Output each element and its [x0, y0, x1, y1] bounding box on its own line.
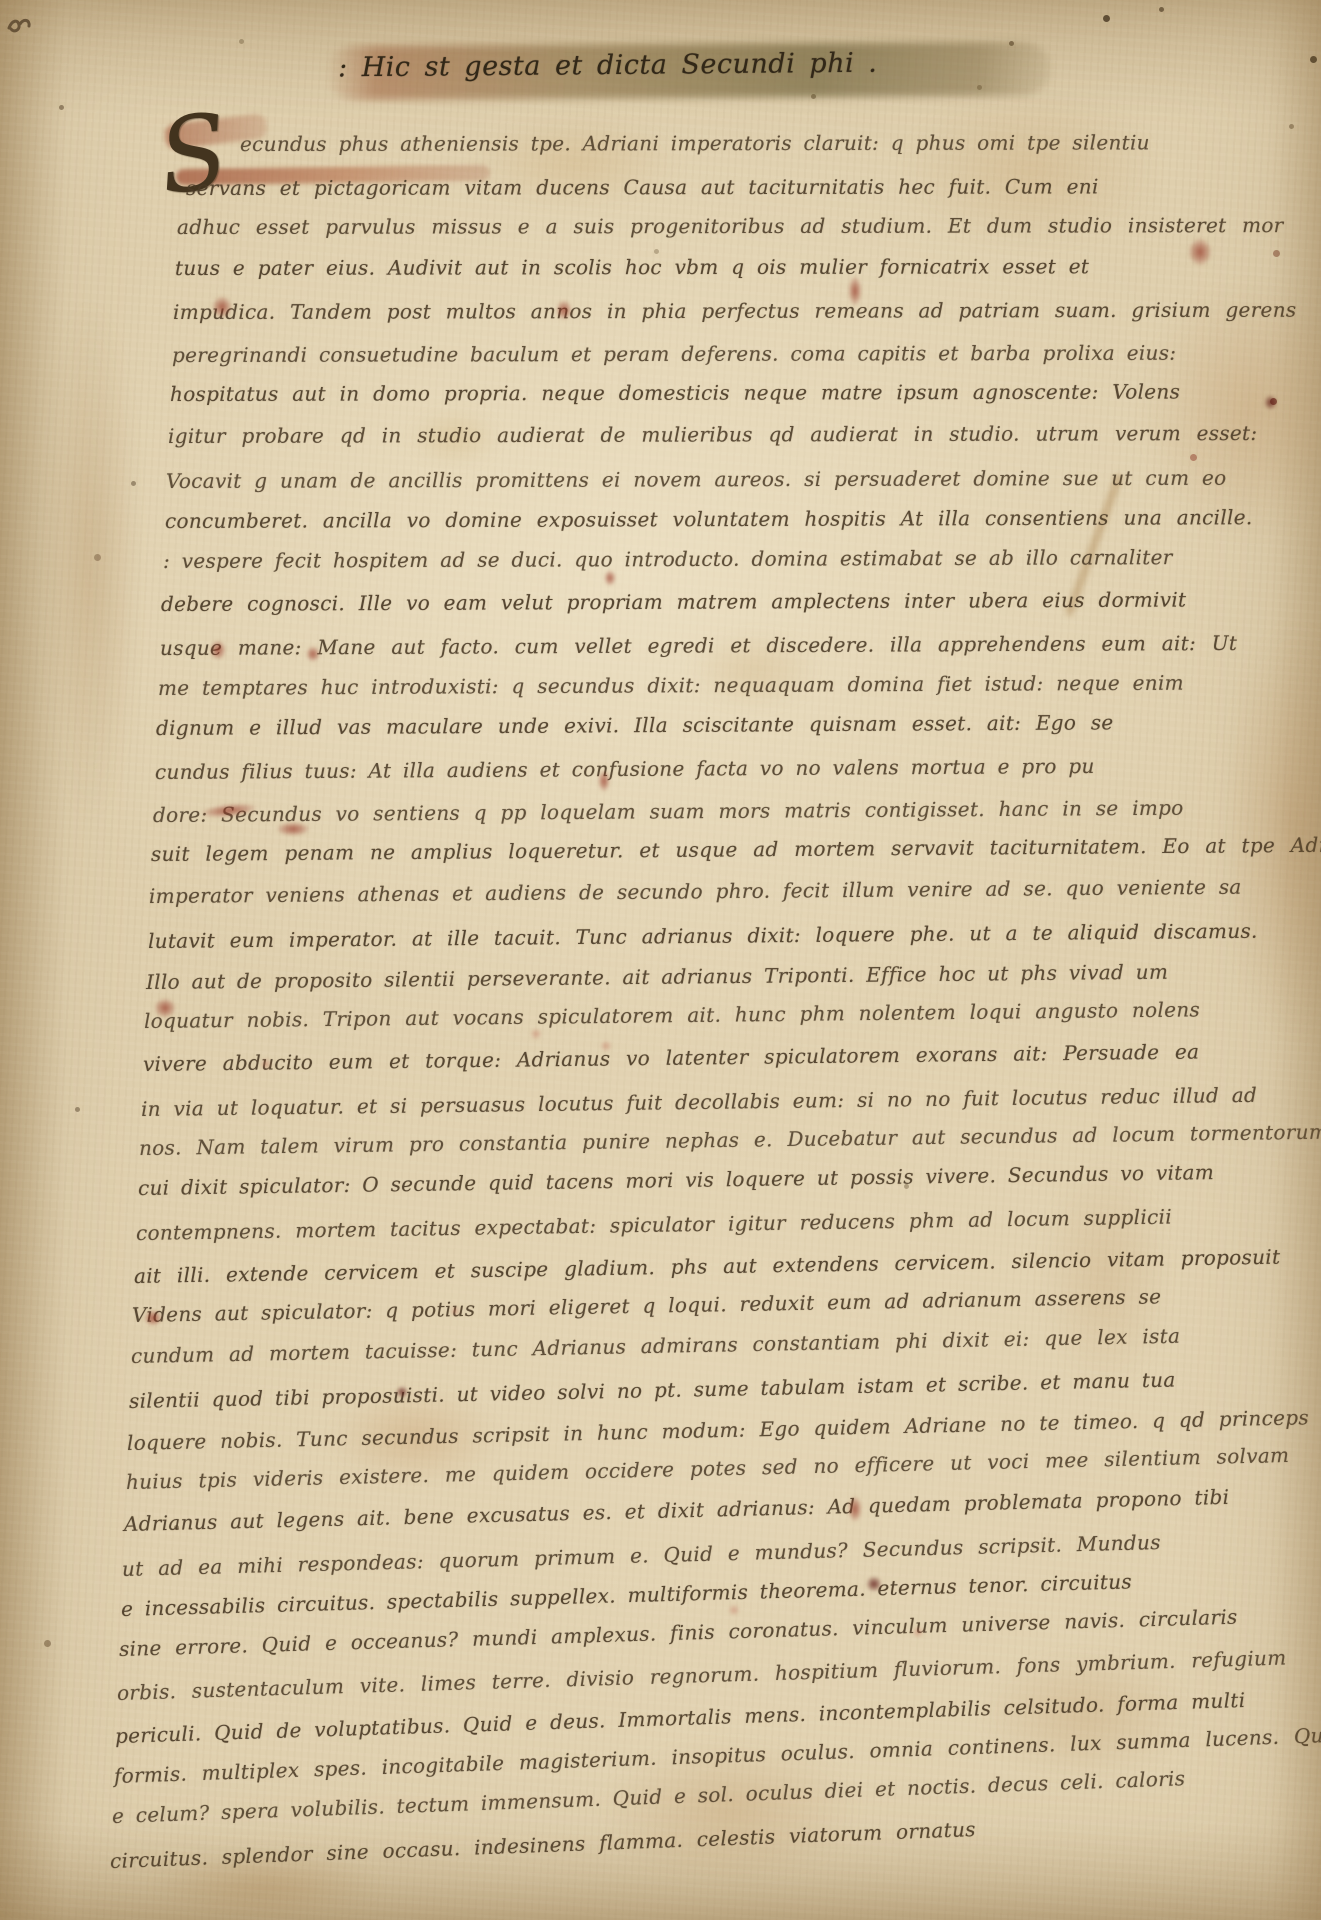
rubrication-mark [306, 646, 320, 662]
stain [1220, 620, 1321, 1040]
rubrication-mark [848, 276, 862, 306]
stain [1040, 1160, 1170, 1390]
manuscript-line: contempnens. mortem tacitus expectabat: … [136, 1204, 1172, 1244]
rubrication-mark [604, 570, 616, 586]
page-title: : Hic st gesta et dicta Secundi phi . [338, 48, 878, 85]
manuscript-line: hospitatus aut in domo propria. neque do… [170, 379, 1180, 405]
rubrication-mark [212, 296, 232, 318]
rubrication-mark [598, 770, 610, 792]
manuscript-line: Illo aut de proposito silentii persevera… [146, 960, 1168, 994]
rubrication-mark [848, 1496, 862, 1522]
manuscript-line: debere cognosci. Ille vo eam velut propr… [161, 588, 1186, 616]
rubrication-mark [1188, 238, 1212, 266]
rubrication-mark [530, 1028, 542, 1040]
manuscript-line: igitur probare qd in studio audierat de … [168, 421, 1257, 448]
manuscript-line: circuitus. splendor sine occasu. indesin… [110, 1817, 977, 1873]
manuscript-line: imperator veniens athenas et audiens de … [149, 874, 1242, 907]
manuscript-line: nos. Nam talem virum pro constantia puni… [139, 1120, 1321, 1160]
manuscript-line: adhuc esset parvulus missus e a suis pro… [177, 213, 1284, 239]
manuscript-line: lutavit eum imperator. at ille tacuit. T… [148, 918, 1258, 952]
ink-specks [0, 0, 3, 3]
rubrication-mark [912, 1626, 924, 1638]
manuscript-line: impudica. Tandem post multos annos in ph… [173, 298, 1296, 324]
manuscript-line: dore: Secundus vo sentiens q pp loquelam… [153, 796, 1184, 827]
rubrication-mark [1264, 395, 1277, 410]
rubrication-mark [154, 998, 176, 1018]
manuscript-line: in via ut loquatur. et si persuasus locu… [141, 1082, 1257, 1120]
manuscript-line: dignum e illud vas maculare unde exivi. … [156, 710, 1114, 740]
corner-squiggle-mark [6, 14, 36, 38]
manuscript-line: cundus filius tuus: At illa audiens et c… [154, 754, 1094, 784]
manuscript-line: cui dixit spiculator: O secunde quid tac… [137, 1160, 1213, 1200]
rubrication-mark [556, 300, 572, 320]
manuscript-line: Videns aut spiculator: q potius mori eli… [132, 1284, 1162, 1327]
rubrication-mark [396, 1386, 408, 1398]
rubrication-mark [600, 1040, 612, 1052]
manuscript-line: usque mane: Mane aut facto. cum vellet e… [160, 631, 1237, 660]
manuscript-line: Adrianus aut legens ait. bene excusatus … [124, 1485, 1230, 1536]
manuscript-line: loquatur nobis. Tripon aut vocans spicul… [144, 997, 1200, 1033]
manuscript-line: cundum ad mortem tacuisse: tunc Adrianus… [130, 1324, 1180, 1368]
manuscript-line: vivere abducito eum et torque: Adrianus … [142, 1040, 1199, 1077]
manuscript-line: concumberet. ancilla vo domine exposuiss… [165, 506, 1253, 534]
manuscript-line: ait illi. extende cervicem et suscipe gl… [134, 1244, 1281, 1287]
rubrication-mark [728, 1604, 740, 1616]
stain [40, 300, 140, 820]
manuscript-line: suit legem penam ne amplius loqueretur. … [151, 833, 1321, 867]
rubrication-mark [210, 640, 226, 660]
rubrication-smear [276, 822, 310, 836]
rubrication-mark [260, 1058, 272, 1070]
rubrication-mark [866, 1576, 882, 1592]
manuscript-line: Vocavit g unam de ancillis promittens ei… [166, 465, 1227, 492]
manuscript-line: ecundus phus atheniensis tpe. Adriani im… [240, 130, 1150, 156]
manuscript-line: tuus e pater eius. Audivit aut in scolis… [175, 254, 1089, 280]
manuscript-line: : vespere fecit hospitem ad se duci. quo… [163, 545, 1173, 573]
rubrication-mark [144, 1310, 162, 1326]
manuscript-page: : Hic st gesta et dicta Secundi phi . S … [0, 0, 1321, 1920]
rubrication-mark [450, 1306, 460, 1316]
manuscript-line: peregrinandi consuetudine baculum et per… [171, 341, 1175, 367]
manuscript-line: servans et pictagoricam vitam ducens Cau… [186, 174, 1099, 200]
manuscript-line: silentii quod tibi proposuisti. ut video… [129, 1367, 1176, 1413]
manuscript-line: me temptares huc introduxisti: q secundu… [158, 670, 1184, 699]
